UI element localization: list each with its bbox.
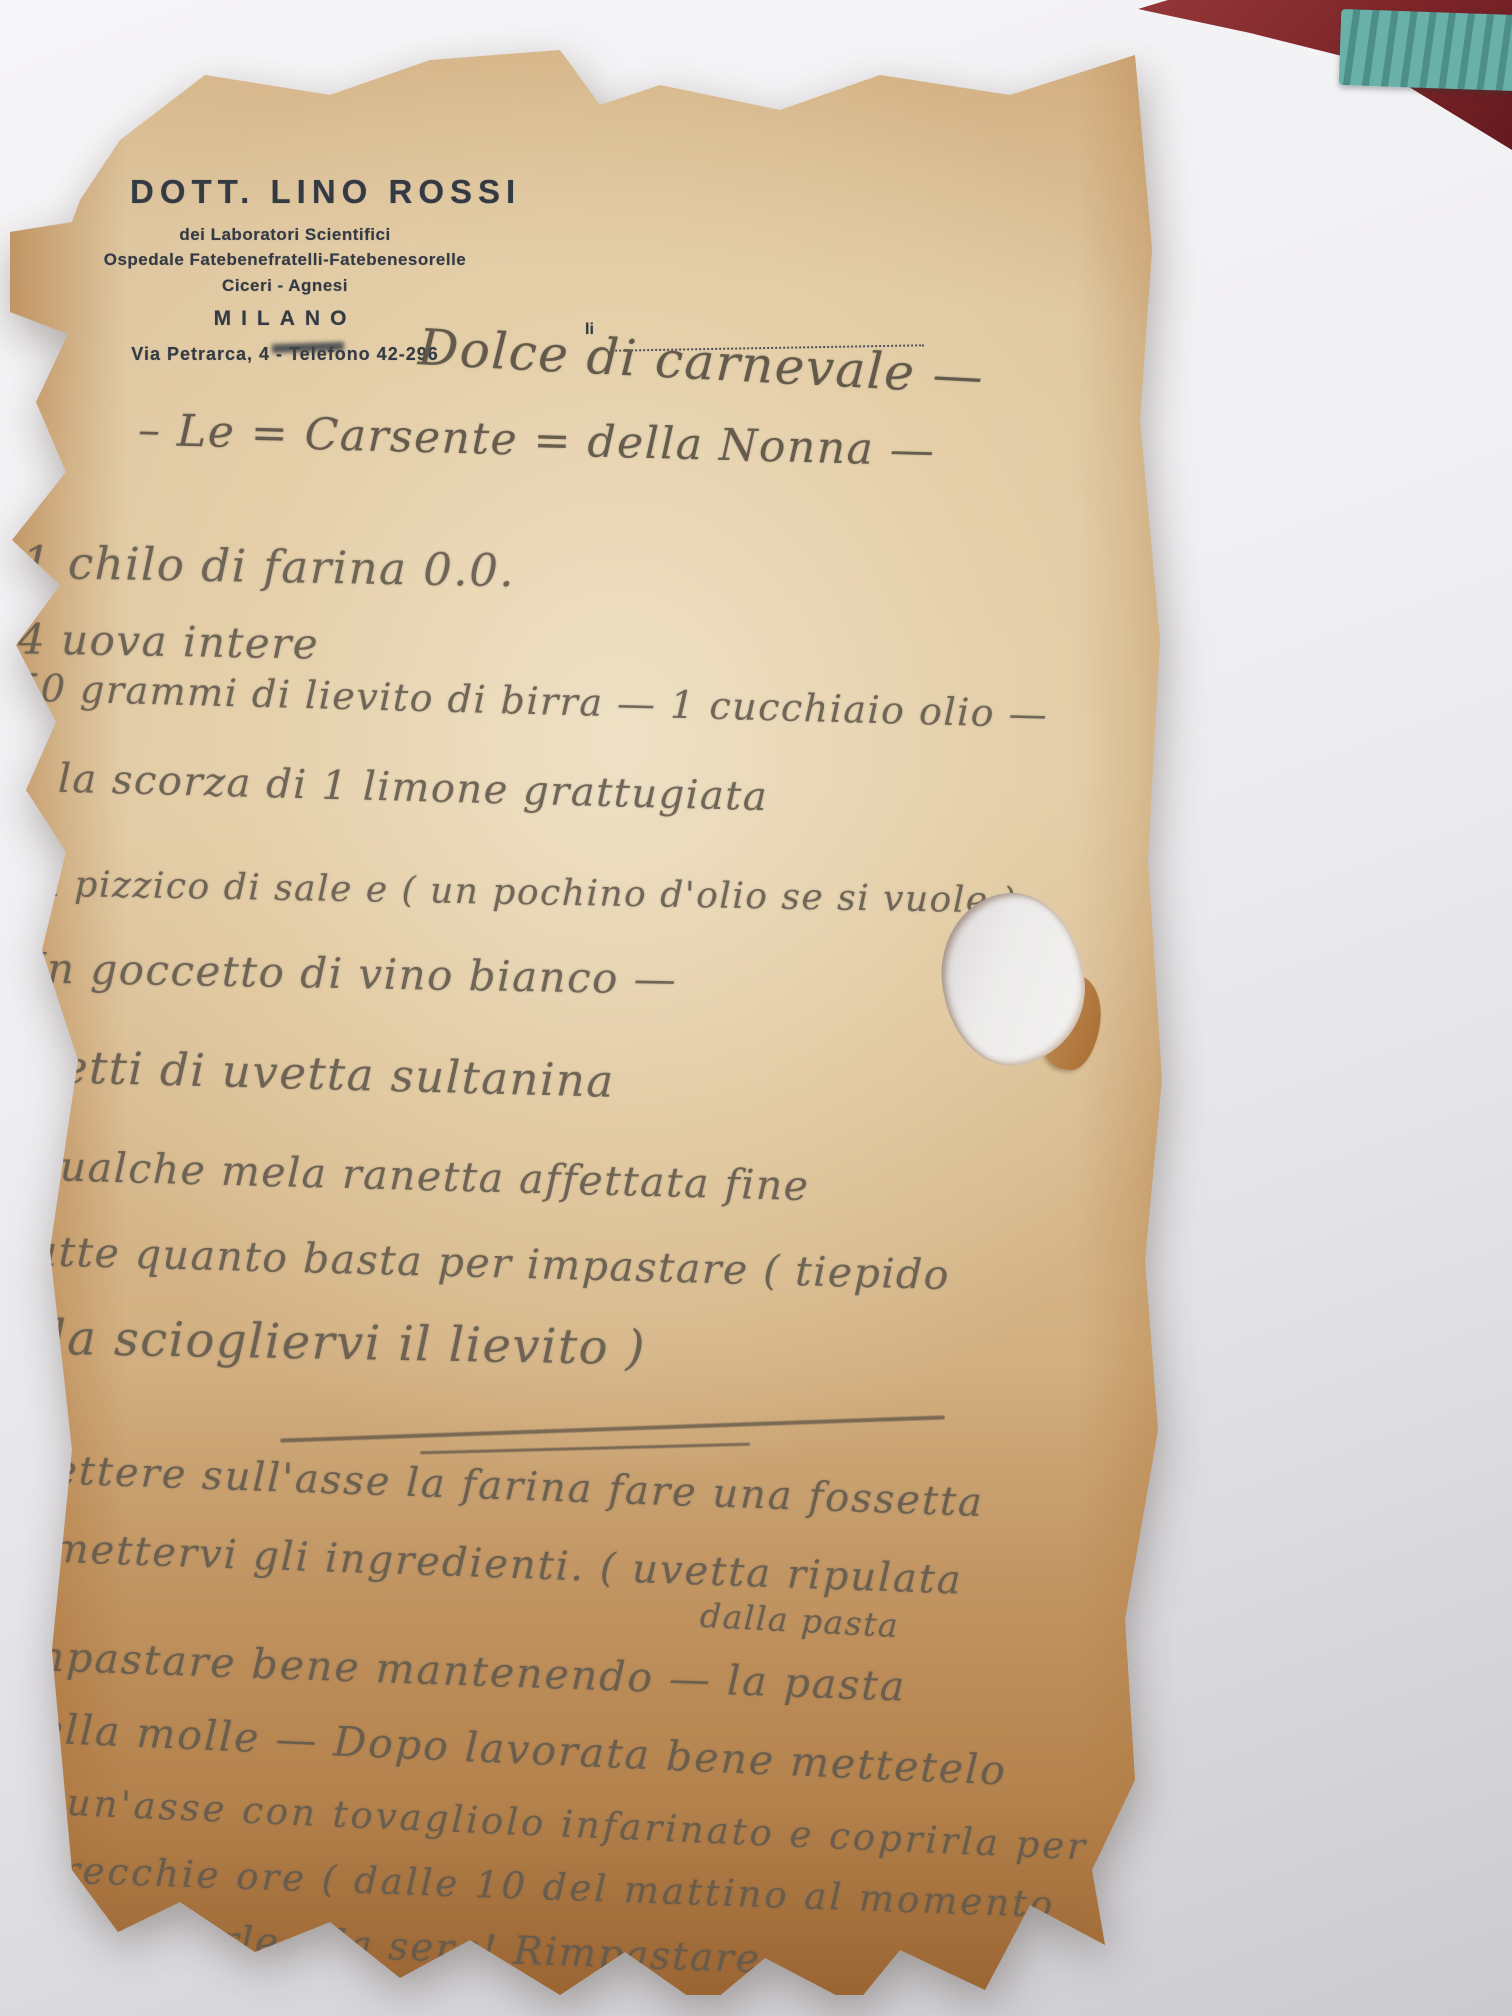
handwritten-line: la scorza di 1 limone grattugiata (58, 756, 769, 821)
letterhead-doctor-name: DOTT. LINO ROSSI (130, 173, 521, 211)
handwritten-line: qualche mela ranetta affettata fine (32, 1142, 811, 1210)
pencil-underline (280, 1415, 945, 1442)
torn-letterhead-paper: DOTT. LINO ROSSI dei Laboratori Scientif… (10, 35, 1180, 1995)
handwritten-line: dalla pasta (699, 1596, 900, 1645)
teal-striped-object (1339, 9, 1512, 91)
handwritten-line: Mettere sull'asse la farina fare una fos… (9, 1446, 984, 1526)
handwritten-title-line-2: – Le = Carsente = della Nonna — (137, 405, 936, 477)
handwritten-line: e mettervi gli ingredienti. ( uvetta rip… (9, 1524, 963, 1603)
handwritten-line: della molle — Dopo lavorata bene mettete… (9, 1703, 1008, 1794)
handwritten-line: un pizzico di sale e ( un pochino d'olio… (12, 863, 1018, 922)
handwritten-line: Un goccetto di vino bianco — (10, 943, 678, 1004)
handwritten-line: 4 uova intere (18, 614, 320, 668)
handwritten-line: 50 grammi di lievito di birra — 1 cucchi… (15, 665, 1049, 736)
handwritten-line: da sciogliervi il lievito ) (35, 1310, 647, 1377)
letterhead-subtitle-2: Ospedale Fatebenefratelli-Fatebenesorell… (80, 250, 490, 270)
handwritten-line: 2 etti di uvetta sultanina (14, 1039, 615, 1108)
pencil-underline (420, 1443, 750, 1455)
letterhead-subtitle-3: Ciceri - Agnesi (80, 276, 490, 296)
handwritten-line: latte quanto basta per impastare ( tiepi… (18, 1227, 951, 1299)
handwritten-line: e cuocerle alla sera! Rimpastare (54, 1913, 761, 1983)
photo-of-recipe-document: DOTT. LINO ROSSI dei Laboratori Scientif… (0, 0, 1512, 2016)
handwritten-line: impastare bene mantenendo — la pasta (9, 1631, 907, 1710)
letterhead-subtitle-1: dei Laboratori Scientifici (80, 225, 490, 245)
handwritten-line: 1 chilo di farina 0.0. (22, 536, 516, 598)
